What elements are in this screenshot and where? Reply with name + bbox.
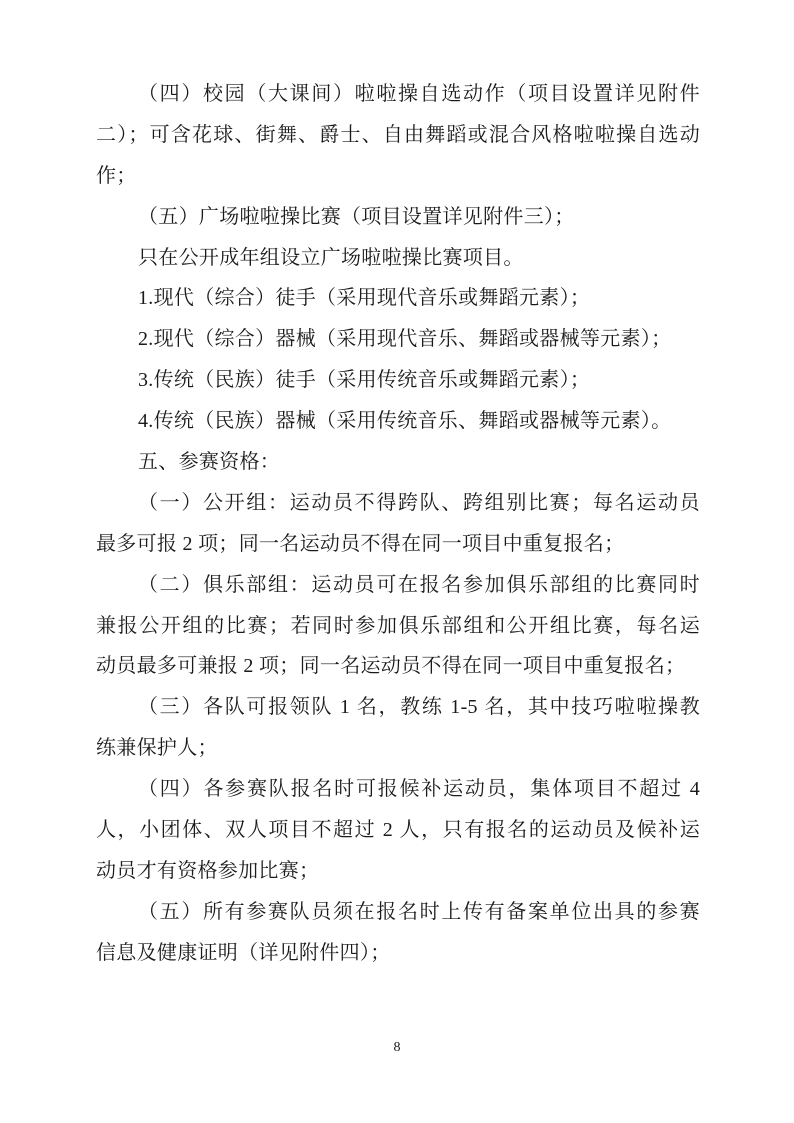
text-line: （三）各队可报领队 1 名，教练 1-5 名，其中技巧啦啦操教 (96, 687, 700, 728)
text-line: 只在公开成年组设立广场啦啦操比赛项目。 (96, 238, 700, 279)
text-line: 动员最多可兼报 2 项；同一名运动员不得在同一项目中重复报名； (96, 646, 700, 687)
document-body: （四）校园（大课间）啦啦操自选动作（项目设置详见附件二）；可含花球、街舞、爵士、… (96, 74, 700, 974)
text-line: 信息及健康证明（详见附件四）； (96, 933, 700, 974)
text-line: 作； (96, 156, 700, 197)
text-line: 2.现代（综合）器械（采用现代音乐、舞蹈或器械等元素）； (96, 319, 700, 360)
text-line: 1.现代（综合）徒手（采用现代音乐或舞蹈元素）； (96, 278, 700, 319)
text-line: 动员才有资格参加比赛； (96, 851, 700, 892)
text-line: （一）公开组：运动员不得跨队、跨组别比赛；每名运动员 (96, 483, 700, 524)
text-line: 练兼保护人； (96, 728, 700, 769)
text-line: （五）广场啦啦操比赛（项目设置详见附件三）； (96, 197, 700, 238)
text-line: 4.传统（民族）器械（采用传统音乐、舞蹈或器械等元素）。 (96, 401, 700, 442)
text-line: （四）各参赛队报名时可报候补运动员，集体项目不超过 4 (96, 769, 700, 810)
text-line: （四）校园（大课间）啦啦操自选动作（项目设置详见附件 (96, 74, 700, 115)
text-line: 3.传统（民族）徒手（采用传统音乐或舞蹈元素）； (96, 360, 700, 401)
text-line: 二）；可含花球、街舞、爵士、自由舞蹈或混合风格啦啦操自选动 (96, 115, 700, 156)
text-line: （二）俱乐部组：运动员可在报名参加俱乐部组的比赛同时 (96, 565, 700, 606)
text-line: 最多可报 2 项；同一名运动员不得在同一项目中重复报名； (96, 524, 700, 565)
document-page: （四）校园（大课间）啦啦操自选动作（项目设置详见附件二）；可含花球、街舞、爵士、… (0, 0, 794, 1123)
text-line: （五）所有参赛队员须在报名时上传有备案单位出具的参赛 (96, 892, 700, 933)
text-line: 人，小团体、双人项目不超过 2 人，只有报名的运动员及候补运 (96, 810, 700, 851)
text-line: 五、参赛资格： (96, 442, 700, 483)
page-number: 8 (0, 1038, 794, 1058)
text-line: 兼报公开组的比赛；若同时参加俱乐部组和公开组比赛，每名运 (96, 606, 700, 647)
